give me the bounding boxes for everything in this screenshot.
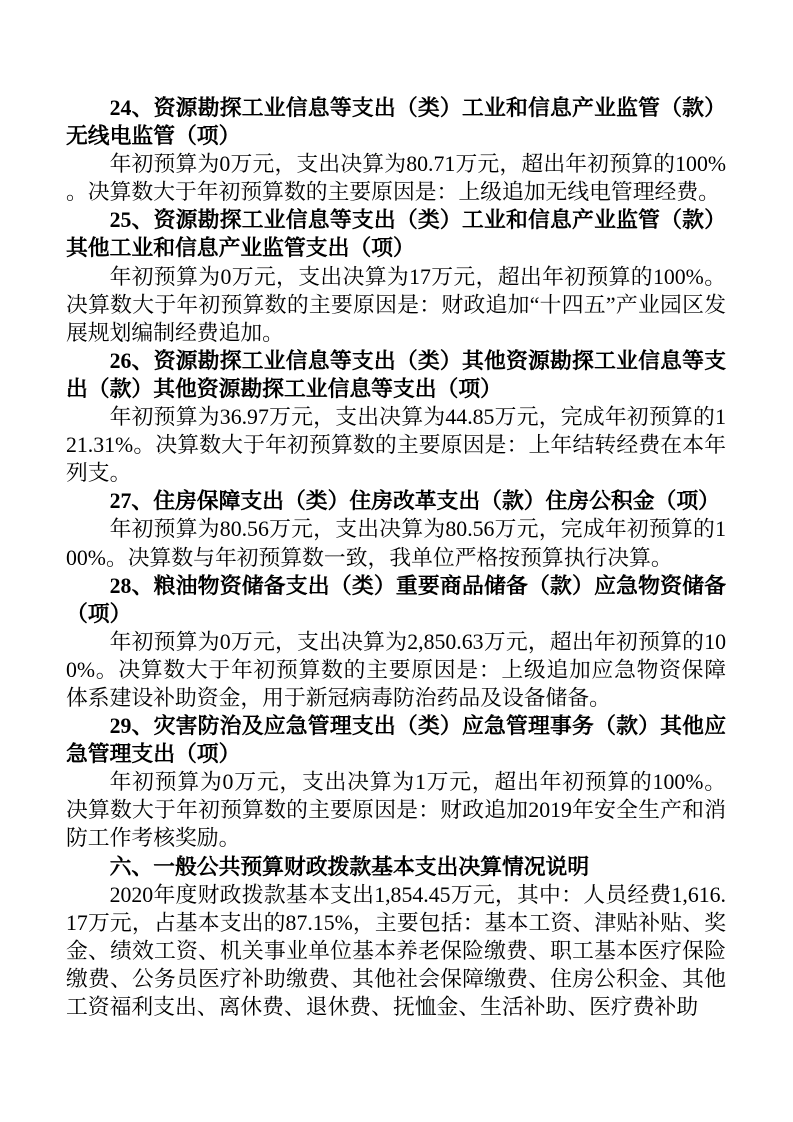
expense-item-25-description: 年初预算为0万元，支出决算为17万元，超出年初预算的100%。决算数大于年初预算… xyxy=(66,263,726,347)
document-page: 24、资源勘探工业信息等支出（类）工业和信息产业监管（款）无线电监管（项） 年初… xyxy=(0,0,793,1122)
expense-item-29-title: 29、灾害防治及应急管理支出（类）应急管理事务（款）其他应急管理支出（项） xyxy=(66,712,726,768)
expense-item-26-description: 年初预算为36.97万元，支出决算为44.85万元，完成年初预算的121.31%… xyxy=(66,403,726,487)
expense-item-27: 27、住房保障支出（类）住房改革支出（款）住房公积金（项） 年初预算为80.56… xyxy=(66,487,726,571)
section-six-basic-expenditure: 六、一般公共预算财政拨款基本支出决算情况说明 2020年度财政拨款基本支出1,8… xyxy=(66,853,726,1022)
section-six-title: 六、一般公共预算财政拨款基本支出决算情况说明 xyxy=(66,853,726,881)
expense-item-28-title: 28、粮油物资储备支出（类）重要商品储备（款）应急物资储备（项） xyxy=(66,572,726,628)
expense-item-24: 24、资源勘探工业信息等支出（类）工业和信息产业监管（款）无线电监管（项） 年初… xyxy=(66,94,726,206)
expense-item-26: 26、资源勘探工业信息等支出（类）其他资源勘探工业信息等支出（款）其他资源勘探工… xyxy=(66,347,726,487)
expense-item-28: 28、粮油物资储备支出（类）重要商品储备（款）应急物资储备（项） 年初预算为0万… xyxy=(66,572,726,712)
expense-item-25-title: 25、资源勘探工业信息等支出（类）工业和信息产业监管（款）其他工业和信息产业监管… xyxy=(66,206,726,262)
expense-item-29: 29、灾害防治及应急管理支出（类）应急管理事务（款）其他应急管理支出（项） 年初… xyxy=(66,712,726,852)
expense-item-29-description: 年初预算为0万元，支出决算为1万元，超出年初预算的100%。决算数大于年初预算数… xyxy=(66,768,726,852)
expense-item-24-title: 24、资源勘探工业信息等支出（类）工业和信息产业监管（款）无线电监管（项） xyxy=(66,94,726,150)
expense-item-24-description: 年初预算为0万元，支出决算为80.71万元，超出年初预算的100%。决算数大于年… xyxy=(66,150,726,206)
expense-item-27-title: 27、住房保障支出（类）住房改革支出（款）住房公积金（项） xyxy=(66,487,726,515)
expense-item-27-description: 年初预算为80.56万元，支出决算为80.56万元，完成年初预算的100%。决算… xyxy=(66,515,726,571)
expense-item-26-title: 26、资源勘探工业信息等支出（类）其他资源勘探工业信息等支出（款）其他资源勘探工… xyxy=(66,347,726,403)
section-six-description: 2020年度财政拨款基本支出1,854.45万元，其中：人员经费1,616.17… xyxy=(66,881,726,1021)
expense-item-25: 25、资源勘探工业信息等支出（类）工业和信息产业监管（款）其他工业和信息产业监管… xyxy=(66,206,726,346)
expense-item-28-description: 年初预算为0万元，支出决算为2,850.63万元，超出年初预算的100%。决算数… xyxy=(66,628,726,712)
